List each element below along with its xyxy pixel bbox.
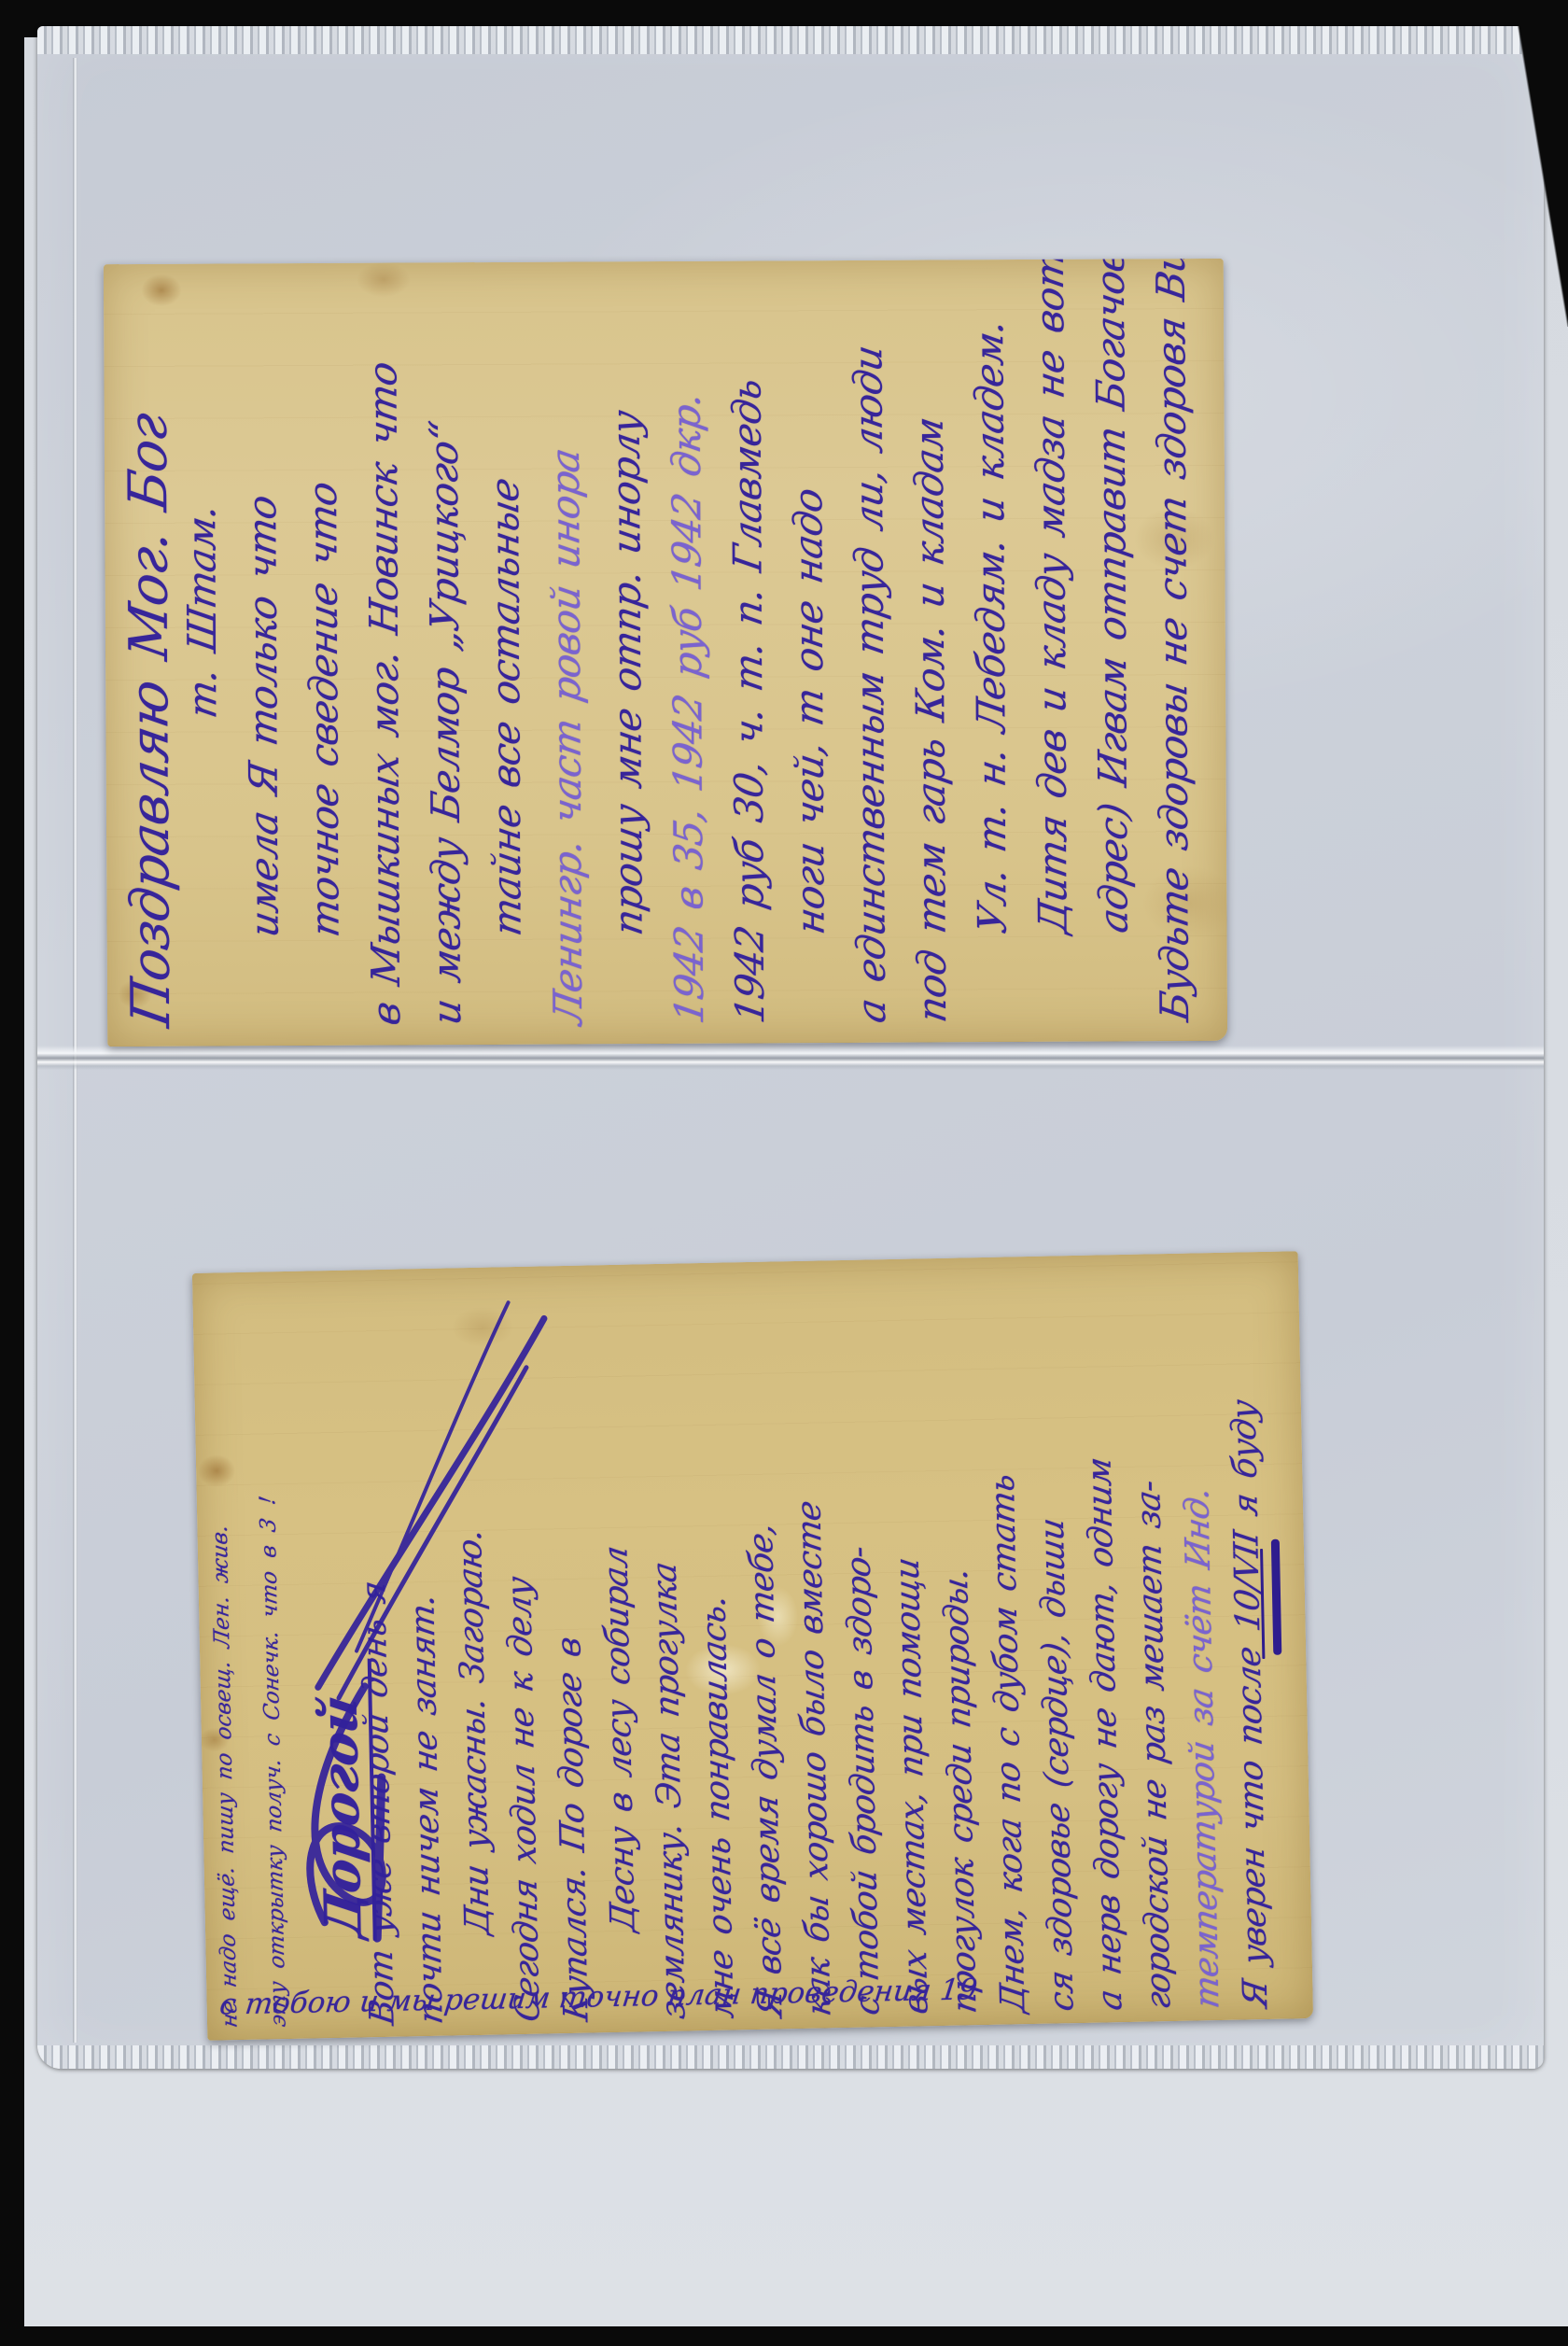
handwritten-line: имела Я только что: [238, 263, 302, 1025]
handwritten-line: Ленингр. част ровой инора: [541, 261, 606, 1023]
postcard-bottom: не надо ещё. пишу по освещ. Лен. жив.эту…: [192, 1251, 1313, 2041]
sleeve-pocket-seam: [37, 1046, 1544, 1070]
handwritten-line: и между Белмор „Урицкого“: [420, 262, 484, 1024]
handwritten-line: ноги чей, т оне надо: [784, 260, 848, 1022]
handwritten-line: под тем гарь Ком. и кладам: [905, 260, 970, 1021]
handwriting-block: Поздравляю Мог. Богт. Штам.имела Я тольк…: [104, 259, 1227, 1047]
postcard-top: Поздравляю Мог. Богт. Штам.имела Я тольк…: [104, 259, 1227, 1047]
album-scan-photo: Поздравляю Мог. Богт. Штам.имела Я тольк…: [0, 0, 1568, 2346]
handwritten-line: Ул. т. н. Лебедям. и кладем.: [966, 260, 1030, 1021]
handwritten-line: 1942 руб 30, ч. т. п. Главмедь: [723, 260, 788, 1022]
handwritten-line: адрес) Игвам отправит Богачов: [1087, 259, 1152, 1020]
handwritten-line: Поздравляю Мог. Бог: [117, 264, 181, 1026]
handwritten-line: Дитя дев и кладу мадза не вот: [1027, 260, 1091, 1021]
pen-flourish: [245, 1281, 576, 1969]
sleeve-top-weld-edge: [37, 26, 1544, 54]
photo-corner-shadow: [1514, 0, 1568, 327]
handwritten-line: точное сведение что: [299, 263, 363, 1025]
handwritten-line: т. Штам.: [177, 263, 242, 1025]
handwritten-line: в Мышкиных мог. Новинск что: [359, 262, 424, 1024]
sleeve-bottom-weld-edge: [37, 2045, 1544, 2069]
handwritten-line: тайне все остальные: [481, 262, 545, 1024]
handwritten-line: а единственным труд ли, люди: [845, 260, 909, 1022]
handwritten-line: 1942 в 35, 1942 руб 1942 дкр.: [663, 261, 727, 1023]
handwritten-line: прошу мне отпр. инорлу: [602, 261, 666, 1023]
handwritten-line: Будьте здоровы не счет здоровя Визня: [1148, 259, 1212, 1020]
